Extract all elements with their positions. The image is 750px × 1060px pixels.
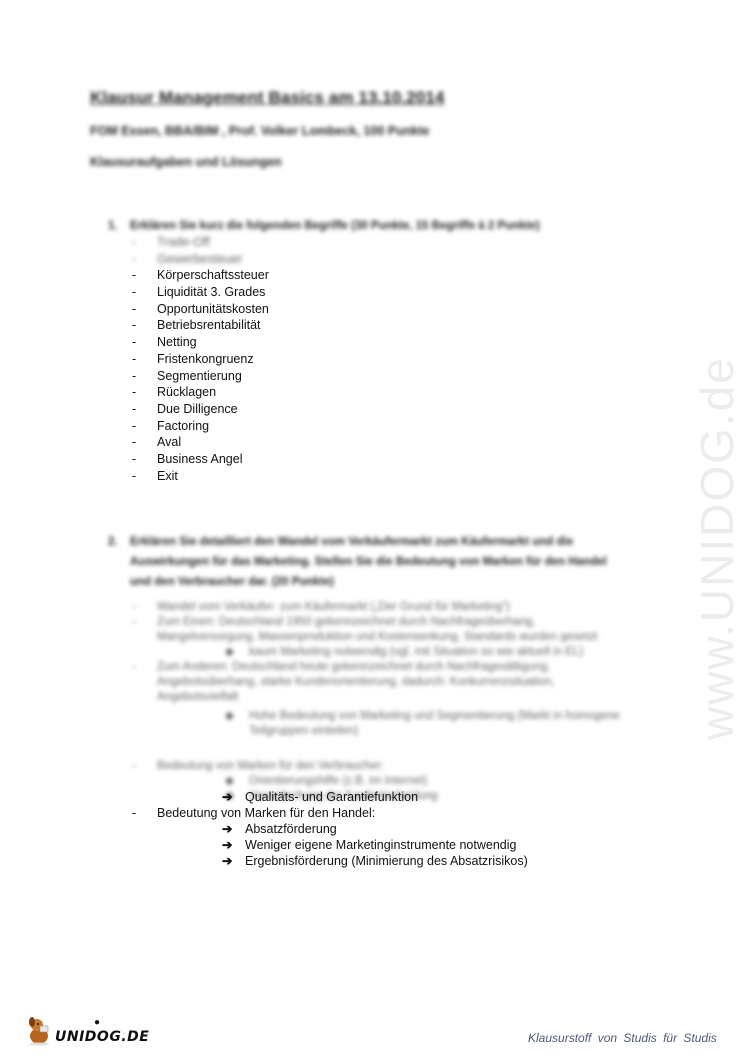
paw-icon: ● xyxy=(94,1017,100,1028)
list-item: - Zum Anderen: Deutschland heute gekennz… xyxy=(132,660,672,705)
document-title: Klausur Management Basics am 13.10.2014 xyxy=(90,88,444,108)
arrow-icon: ➔ xyxy=(222,853,232,869)
arrow-icon: ◆ xyxy=(225,709,234,724)
question-2-text-line: Auswirkungen für das Marketing. Stellen … xyxy=(130,552,607,572)
document-page: www.UNIDOG.de Klausur Management Basics … xyxy=(0,0,750,1060)
dog-mascot-icon xyxy=(26,1016,52,1046)
arrow-icon: ➔ xyxy=(222,821,232,837)
footer-tagline: Klausurstoff von Studis für Studis xyxy=(528,1031,717,1045)
arrow-icon: ➔ xyxy=(222,789,232,805)
question-1-number: 1. xyxy=(108,216,130,236)
watermark: www.UNIDOG.de xyxy=(690,356,744,740)
brand-name: UNIDOG.DE xyxy=(55,1029,149,1045)
list-item: - Bedeutung von Marken für den Verbrauch… xyxy=(132,759,672,774)
arrow-icon: ◆ xyxy=(225,774,234,789)
document-subtitle: FOM Essen, BBA/BIM , Prof. Volker Lombec… xyxy=(90,124,429,138)
arrow-icon: ◆ xyxy=(225,645,234,660)
list-item: - Wandel vom Verkäufer- zum Käufermarkt … xyxy=(132,600,672,615)
question-1-heading: 1.Erklären Sie kurz die folgenden Begrif… xyxy=(108,216,540,236)
question-2-text-line: Erklären Sie detailliert den Wandel vom … xyxy=(130,532,607,552)
arrow-icon: ➔ xyxy=(222,837,232,853)
question-1-text: Erklären Sie kurz die folgenden Begriffe… xyxy=(130,216,540,236)
question-2-text-line: und den Verbraucher dar. (20 Punkte) xyxy=(130,572,607,592)
question-2-answer-blurred: - Wandel vom Verkäufer- zum Käufermarkt … xyxy=(132,600,672,804)
sub-list-item: ◆ Orientierungshilfe (z.B. im Internet) xyxy=(132,774,672,789)
question-2-heading: 2. Erklären Sie detailliert den Wandel v… xyxy=(108,532,607,592)
sub-list-item: ◆ kaum Marketing notwendig (vgl. mit Sit… xyxy=(132,645,672,660)
question-2-number: 2. xyxy=(108,532,130,552)
section-label: Klausuraufgaben und Lösungen xyxy=(90,155,282,169)
sub-list-item: ◆ Hohe Bedeutung von Marketing und Segme… xyxy=(132,709,672,739)
unidog-logo[interactable]: ● UNIDOG.DE xyxy=(22,1012,152,1050)
list-item: - Zum Einen: Deutschland 1950 gekennzeic… xyxy=(132,615,672,645)
